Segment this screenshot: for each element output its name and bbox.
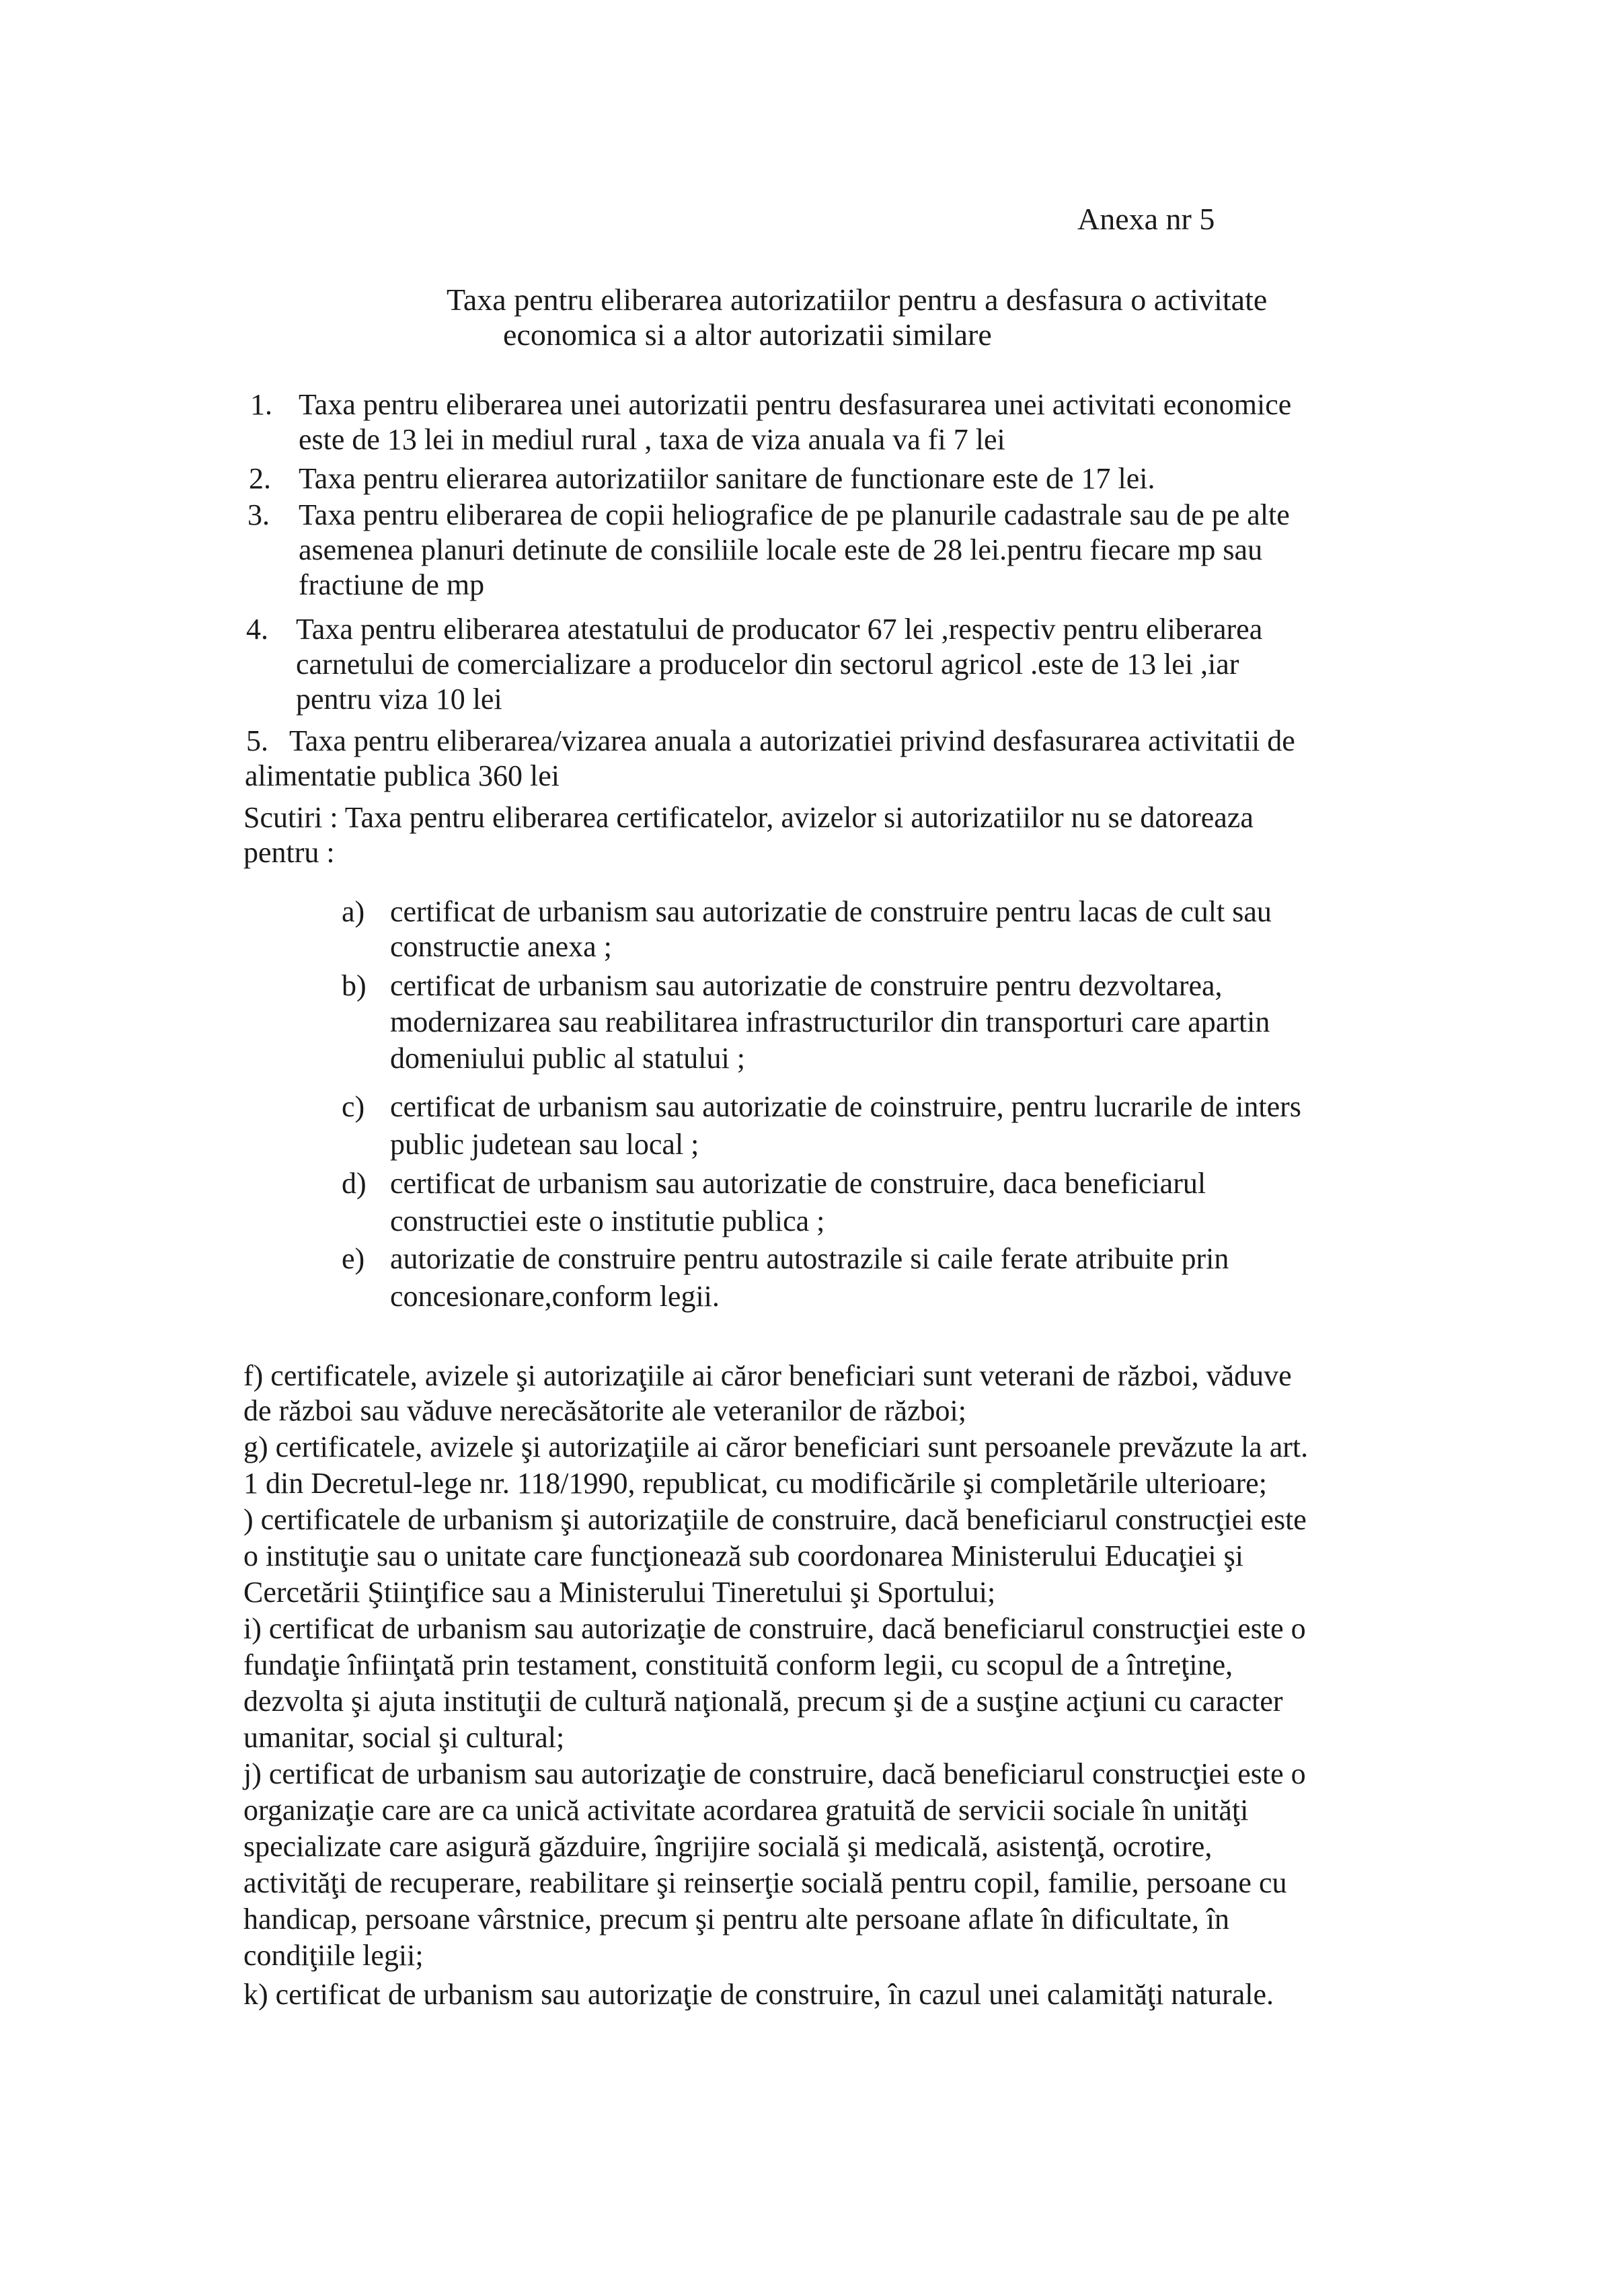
item-4-line-1: Taxa pentru eliberarea atestatului de pr… xyxy=(296,612,1262,647)
item-number: 5. xyxy=(246,724,268,759)
item-j-line-3: specializate care asigură găzduire, îngr… xyxy=(243,1829,1212,1864)
item-d-line-1: certificat de urbanism sau autorizatie d… xyxy=(390,1166,1206,1201)
item-b-line-1: certificat de urbanism sau autorizatie d… xyxy=(390,968,1223,1003)
item-4-line-2: carnetului de comercializare a producelo… xyxy=(296,647,1239,682)
item-h-line-1: ) certificatele de urbanism şi autorizaţ… xyxy=(243,1502,1307,1537)
item-1-line-1: Taxa pentru eliberarea unei autorizatii … xyxy=(299,387,1291,422)
item-letter: a) xyxy=(342,894,364,929)
item-k-line-1: k) certificat de urbanism sau autorizaţi… xyxy=(243,1977,1274,2012)
item-4-line-3: pentru viza 10 lei xyxy=(296,682,502,717)
item-2-line-1: Taxa pentru elierarea autorizatiilor san… xyxy=(299,461,1155,496)
item-b-line-2: modernizarea sau reabilitarea infrastruc… xyxy=(390,1005,1270,1040)
item-j-line-1: j) certificat de urbanism sau autorizaţi… xyxy=(243,1757,1306,1792)
exemptions-intro-line-1: Scutiri : Taxa pentru eliberarea certifi… xyxy=(243,800,1254,835)
item-h-line-2: o instituţie sau o unitate care funcţion… xyxy=(243,1539,1243,1574)
document-title-line-2: economica si a altor autorizatii similar… xyxy=(503,317,992,352)
item-e-line-2: concesionare,conform legii. xyxy=(390,1279,720,1314)
item-a-line-1: certificat de urbanism sau autorizatie d… xyxy=(390,894,1272,929)
item-i-line-2: fundaţie înfiinţată prin testament, cons… xyxy=(243,1648,1233,1683)
item-f-line-2: de război sau văduve nerecăsătorite ale … xyxy=(243,1393,966,1428)
item-3-line-2: asemenea planuri detinute de consiliile … xyxy=(299,533,1262,568)
item-i-line-4: umanitar, social şi cultural; xyxy=(243,1720,564,1755)
item-j-line-5: handicap, persoane vârstnice, precum şi … xyxy=(243,1902,1229,1937)
item-number: 2. xyxy=(249,461,271,496)
item-letter: e) xyxy=(342,1241,364,1276)
item-a-line-2: constructie anexa ; xyxy=(390,929,612,964)
item-g-line-1: g) certificatele, avizele şi autorizaţii… xyxy=(243,1430,1308,1465)
item-letter: c) xyxy=(342,1089,364,1124)
exemptions-intro-line-2: pentru : xyxy=(243,835,335,870)
item-number: 3. xyxy=(247,498,270,533)
item-h-line-3: Cercetării Ştiinţifice sau a Ministerulu… xyxy=(243,1575,995,1610)
item-j-line-2: organizaţie care are ca unică activitate… xyxy=(243,1793,1248,1828)
item-i-line-3: dezvolta şi ajuta instituţii de cultură … xyxy=(243,1684,1283,1719)
item-d-line-2: constructiei este o institutie publica ; xyxy=(390,1204,824,1239)
item-5-line-1: Taxa pentru eliberarea/vizarea anuala a … xyxy=(289,724,1295,759)
annex-label: Anexa nr 5 xyxy=(1077,202,1215,237)
item-3-line-1: Taxa pentru eliberarea de copii heliogra… xyxy=(299,498,1290,533)
item-letter: b) xyxy=(342,968,367,1003)
item-f-line-1: f) certificatele, avizele şi autorizaţii… xyxy=(243,1359,1292,1393)
item-e-line-1: autorizatie de construire pentru autostr… xyxy=(390,1241,1229,1276)
item-b-line-3: domeniului public al statului ; xyxy=(390,1041,745,1076)
item-g-line-2: 1 din Decretul-lege nr. 118/1990, republ… xyxy=(243,1466,1267,1501)
item-number: 4. xyxy=(246,612,268,647)
item-c-line-2: public judetean sau local ; xyxy=(390,1127,699,1162)
item-j-line-4: activităţi de recuperare, reabilitare şi… xyxy=(243,1866,1286,1901)
item-1-line-2: este de 13 lei in mediul rural , taxa de… xyxy=(299,422,1005,457)
scanned-document-page: Anexa nr 5 Taxa pentru eliberarea autori… xyxy=(0,0,1614,2296)
item-letter: d) xyxy=(342,1166,367,1201)
item-3-line-3: fractiune de mp xyxy=(299,568,484,603)
item-number: 1. xyxy=(250,387,272,422)
item-c-line-1: certificat de urbanism sau autorizatie d… xyxy=(390,1089,1301,1124)
item-5-line-2: alimentatie publica 360 lei xyxy=(245,759,560,794)
item-j-line-6: condiţiile legii; xyxy=(243,1938,424,1973)
document-title-line-1: Taxa pentru eliberarea autorizatiilor pe… xyxy=(447,282,1267,317)
item-i-line-1: i) certificat de urbanism sau autorizaţi… xyxy=(243,1611,1306,1646)
